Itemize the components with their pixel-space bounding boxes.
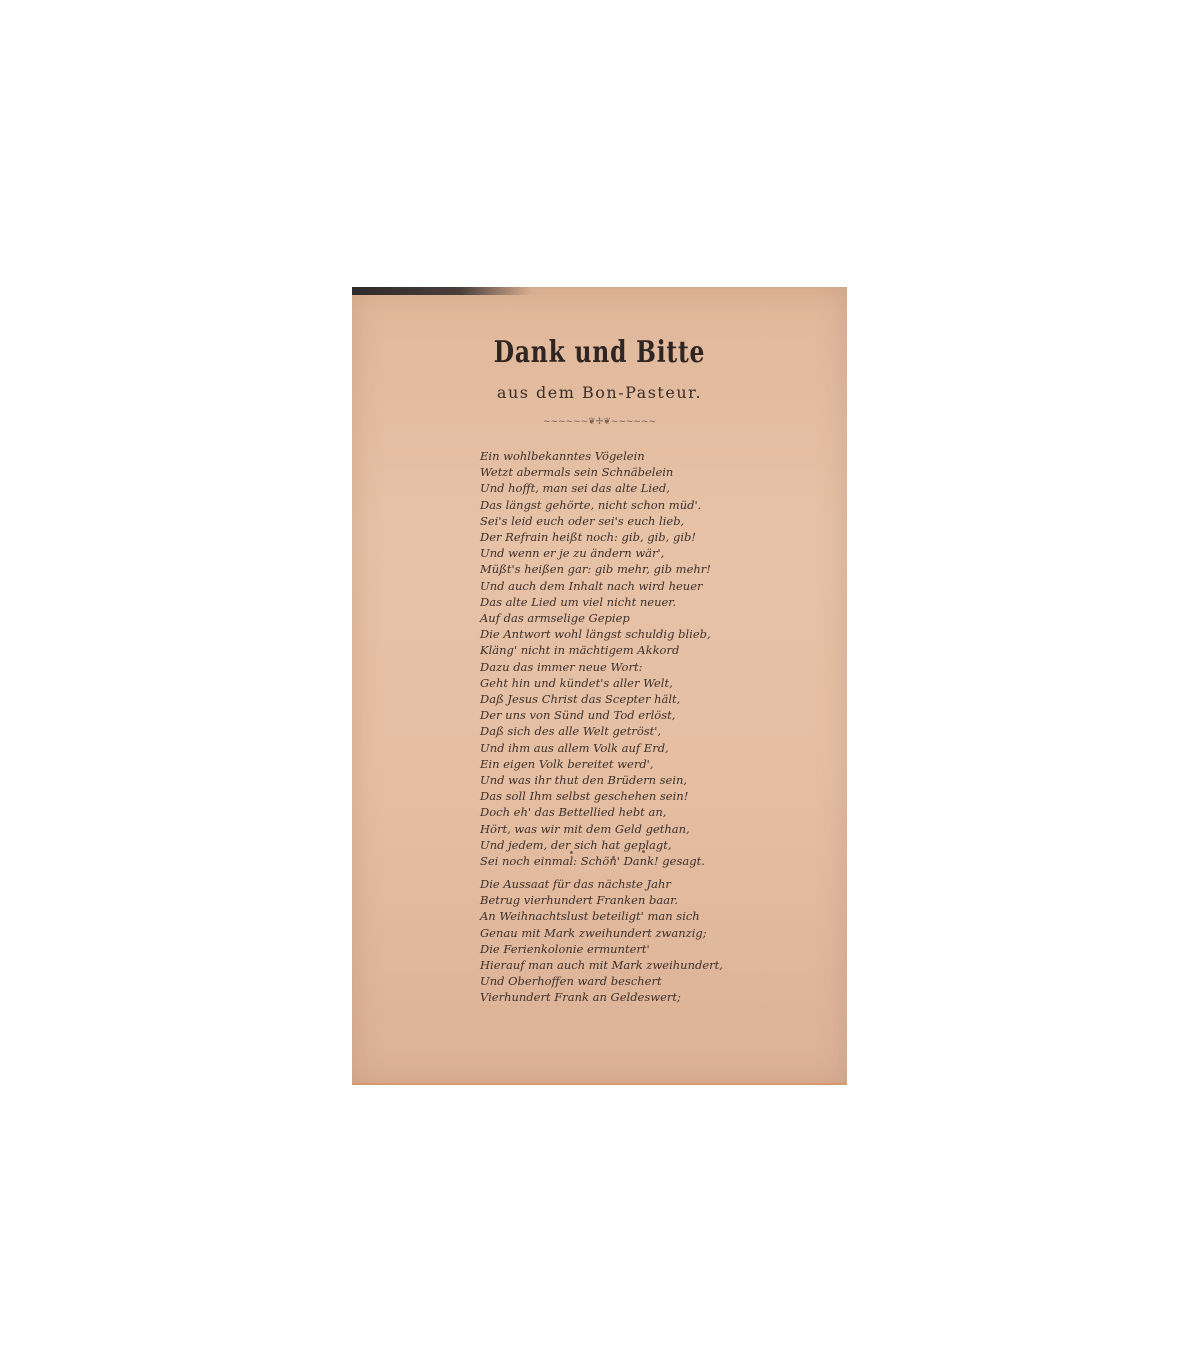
poem-line: Ein eigen Volk bereitet werd',	[480, 756, 810, 772]
poem-line: Genau mit Mark zweihundert zwanzig;	[480, 925, 810, 941]
poem-line: Betrug vierhundert Franken baar.	[480, 892, 810, 908]
poem-line: Der uns von Sünd und Tod erlöst,	[480, 707, 810, 723]
poem-line: Hierauf man auch mit Mark zweihundert,	[480, 957, 810, 973]
poem-line: Auf das armselige Gepiep	[480, 610, 810, 626]
poem-line: Und ihm aus allem Volk auf Erd,	[480, 740, 810, 756]
printed-page: Dank und Bitte aus dem Bon-Pasteur. ~~~~…	[352, 287, 847, 1085]
page-subtitle: aus dem Bon-Pasteur.	[352, 383, 847, 402]
poem-stanza-2: Die Aussaat für das nächste JahrBetrug v…	[480, 876, 810, 1006]
poem-line: Sei's leid euch oder sei's euch lieb,	[480, 513, 810, 529]
poem-line: Müßt's heißen gar: gib mehr, gib mehr!	[480, 561, 810, 577]
poem-line: Wetzt abermals sein Schnäbelein	[480, 464, 810, 480]
poem-line: Und auch dem Inhalt nach wird heuer	[480, 578, 810, 594]
poem-line: Doch eh' das Bettellied hebt an,	[480, 804, 810, 820]
poem-line: Hört, was wir mit dem Geld gethan,	[480, 821, 810, 837]
poem-line: Das soll Ihm selbst geschehen sein!	[480, 788, 810, 804]
poem-line: Dazu das immer neue Wort:	[480, 659, 810, 675]
poem-line: An Weihnachtslust beteiligt' man sich	[480, 908, 810, 924]
poem-line: Die Antwort wohl längst schuldig blieb,	[480, 626, 810, 642]
poem-line: Und hofft, man sei das alte Lied,	[480, 480, 810, 496]
poem-line: Daß Jesus Christ das Scepter hält,	[480, 691, 810, 707]
poem-line: Der Refrain heißt noch: gib, gib, gib!	[480, 529, 810, 545]
page-title: Dank und Bitte	[406, 335, 792, 370]
ornament-divider-icon: ~~~~~~❦✢❦~~~~~~	[352, 417, 847, 427]
poem-line: Und was ihr thut den Brüdern sein,	[480, 772, 810, 788]
poem-line: Das längst gehörte, nicht schon müd'.	[480, 497, 810, 513]
poem-line: Daß sich des alle Welt getröst',	[480, 723, 810, 739]
poem-line: Die Aussaat für das nächste Jahr	[480, 876, 810, 892]
poem-line: Und Oberhoffen ward beschert	[480, 973, 810, 989]
poem-line: Geht hin und kündet's aller Welt,	[480, 675, 810, 691]
poem-line: Vierhundert Frank an Geldeswert;	[480, 989, 810, 1005]
page-bottom-edge	[352, 1083, 847, 1085]
poem-line: Das alte Lied um viel nicht neuer.	[480, 594, 810, 610]
dot-divider-icon	[562, 850, 652, 860]
poem-stanza-1: Ein wohlbekanntes VögeleinWetzt abermals…	[480, 448, 810, 869]
poem-line: Die Ferienkolonie ermuntert'	[480, 941, 810, 957]
poem-line: Kläng' nicht in mächtigem Akkord	[480, 642, 810, 658]
poem-line: Und wenn er je zu ändern wär',	[480, 545, 810, 561]
poem-line: Ein wohlbekanntes Vögelein	[480, 448, 810, 464]
page-torn-edge	[352, 287, 532, 295]
